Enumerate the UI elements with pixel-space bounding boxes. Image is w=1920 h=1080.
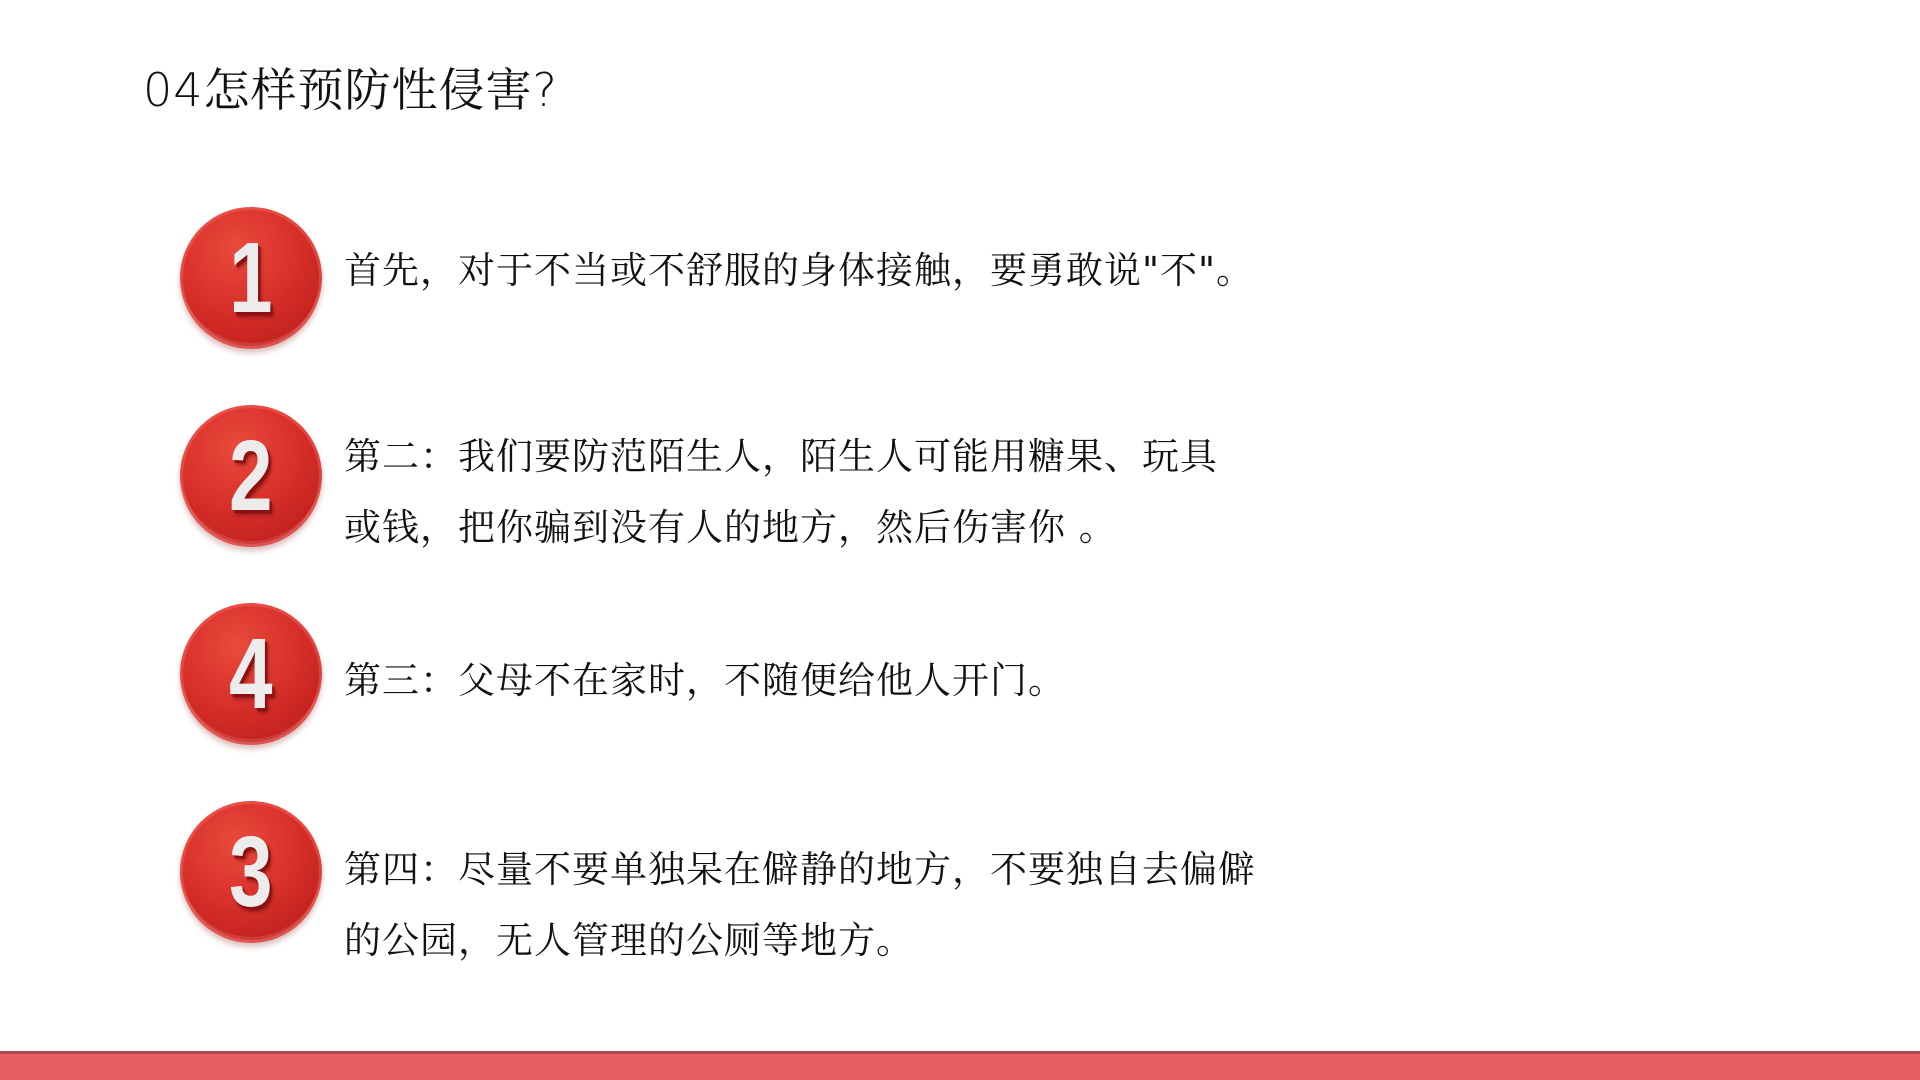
item-line: 的公园，无人管理的公厕等地方。 [344, 905, 1256, 976]
badge-number: 2 [229, 426, 272, 526]
slide-title: 04怎样预防性侵害? [143, 60, 558, 120]
item-line: 首先，对于不当或不舒服的身体接触，要勇敢说"不"。 [344, 235, 1254, 306]
badge-number: 3 [229, 822, 272, 922]
item-line: 第二：我们要防范陌生人，陌生人可能用糖果、玩具 [344, 421, 1218, 492]
item-line: 第三：父母不在家时，不随便给他人开门。 [344, 645, 1066, 716]
number-badge-4-icon: 4 [180, 603, 322, 745]
item-line: 或钱，把你骗到没有人的地方，然后伤害你 。 [344, 492, 1218, 563]
badge-number: 1 [229, 228, 272, 328]
footer-bar [0, 1054, 1920, 1080]
badge-number: 4 [229, 624, 272, 724]
item-text: 第三：父母不在家时，不随便给他人开门。 [344, 645, 1066, 716]
item-text: 首先，对于不当或不舒服的身体接触，要勇敢说"不"。 [344, 235, 1254, 306]
number-badge-1-icon: 1 [180, 207, 322, 349]
item-line: 第四：尽量不要单独呆在僻静的地方，不要独自去偏僻 [344, 834, 1256, 905]
number-badge-2-icon: 2 [180, 405, 322, 547]
item-text: 第二：我们要防范陌生人，陌生人可能用糖果、玩具 或钱，把你骗到没有人的地方，然后… [344, 421, 1218, 563]
number-badge-3-icon: 3 [180, 801, 322, 943]
item-text: 第四：尽量不要单独呆在僻静的地方，不要独自去偏僻 的公园，无人管理的公厕等地方。 [344, 834, 1256, 976]
